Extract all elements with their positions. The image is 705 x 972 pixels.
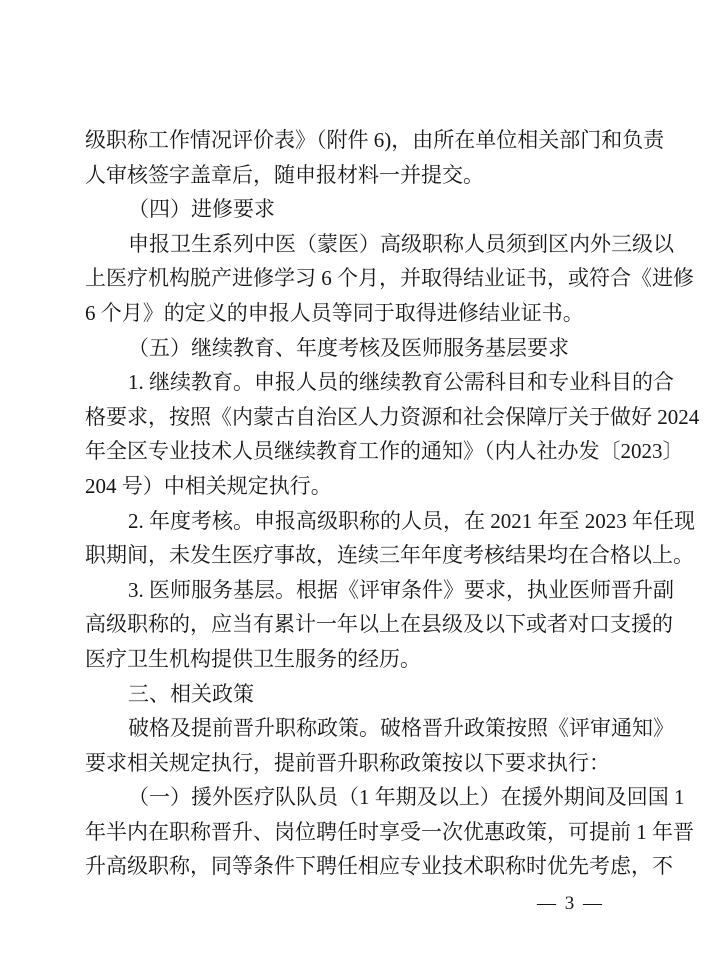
doc-line: 3. 医师服务基层。根据《评审条件》要求，执业医师晋升副 xyxy=(85,573,622,608)
doc-line: 医疗卫生机构提供卫生服务的经历。 xyxy=(85,642,622,677)
doc-line: 职期间，未发生医疗事故，连续三年年度考核结果均在合格以上。 xyxy=(85,538,622,573)
doc-line: 1. 继续教育。申报人员的继续教育公需科目和专业科目的合 xyxy=(85,365,622,400)
doc-line: 要求相关规定执行，提前晋升职称政策按以下要求执行： xyxy=(85,746,622,781)
document-body: 级职称工作情况评价表》（附件 6)，由所在单位相关部门和负责 人审核签字盖章后，… xyxy=(85,123,622,884)
doc-line: 申报卫生系列中医（蒙医）高级职称人员须到区内外三级以 xyxy=(85,227,622,262)
doc-line: 高级职称的，应当有累计一年以上在县级及以下或者对口支援的 xyxy=(85,607,622,642)
document-page: 级职称工作情况评价表》（附件 6)，由所在单位相关部门和负责 人审核签字盖章后，… xyxy=(0,0,705,972)
doc-line: 2. 年度考核。申报高级职称的人员，在 2021 年至 2023 年任现 xyxy=(85,504,622,539)
doc-line: （一）援外医疗队队员（1 年期及以上）在援外期间及回国 1 xyxy=(85,780,622,815)
doc-line: 人审核签字盖章后，随申报材料一并提交。 xyxy=(85,158,622,193)
doc-line: 年半内在职称晋升、岗位聘任时享受一次优惠政策，可提前 1 年晋 xyxy=(85,815,622,850)
doc-line: 破格及提前晋升职称政策。破格晋升政策按照《评审通知》 xyxy=(85,711,622,746)
doc-line: 上医疗机构脱产进修学习 6 个月，并取得结业证书，或符合《进修 xyxy=(85,261,622,296)
doc-line: 级职称工作情况评价表》（附件 6)，由所在单位相关部门和负责 xyxy=(85,123,622,158)
page-number: — 3 — xyxy=(537,893,604,915)
doc-line: 升高级职称，同等条件下聘任相应专业技术职称时优先考虑，不 xyxy=(85,849,622,884)
doc-line: 6 个月》的定义的申报人员等同于取得进修结业证书。 xyxy=(85,296,622,331)
doc-line: 格要求，按照《内蒙古自治区人力资源和社会保障厅关于做好 2024 xyxy=(85,400,622,435)
doc-heading-line: （五）继续教育、年度考核及医师服务基层要求 xyxy=(85,331,622,366)
doc-line: 年全区专业技术人员继续教育工作的通知》（内人社办发〔2023〕 xyxy=(85,434,622,469)
doc-heading-line: （四）进修要求 xyxy=(85,192,622,227)
doc-line: 204 号）中相关规定执行。 xyxy=(85,469,622,504)
doc-heading-line: 三、相关政策 xyxy=(85,677,622,712)
